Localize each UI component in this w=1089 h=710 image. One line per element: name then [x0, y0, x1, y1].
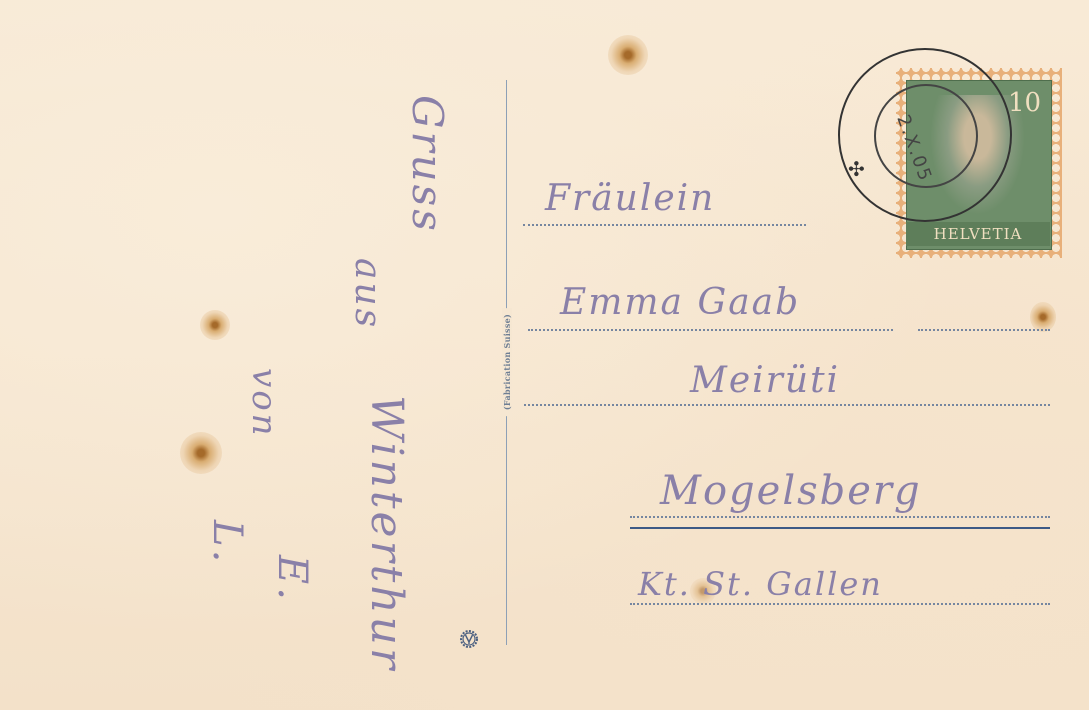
stamp-country: HELVETIA [906, 222, 1050, 246]
address-town: Mogelsberg [660, 468, 922, 514]
message-line-von: von [244, 368, 284, 439]
address-recipient-name: Emma Gaab [560, 282, 800, 323]
address-locality: Meirüti [690, 360, 840, 401]
address-rule-1 [523, 224, 806, 226]
message-line-aus: aus [347, 258, 388, 330]
message-line-gruss: Gruss [403, 95, 452, 234]
message-line-initial-e: E. [269, 555, 315, 603]
stain-spot [200, 310, 230, 340]
postcard-back: Gruss aus Winterthur von E. L. (Fabricat… [0, 0, 1089, 710]
stain-spot [180, 432, 222, 474]
message-line-winterthur: Winterthur [361, 395, 412, 672]
address-rule-3 [524, 404, 1050, 406]
stain-spot [1030, 302, 1056, 332]
publisher-gear-logo-icon [459, 629, 479, 649]
stamp-value: 10 [1008, 88, 1041, 118]
address-canton: Kt. St. Gallen [638, 565, 883, 603]
address-rule-2b [918, 329, 1050, 331]
swiss-cross-icon: ✣ [848, 157, 865, 181]
address-rule-5 [630, 603, 1050, 605]
address-rule-4 [630, 516, 1050, 518]
address-salutation: Fräulein [545, 178, 715, 219]
stain-spot [608, 35, 648, 75]
message-line-initial-l: L. [204, 520, 250, 565]
address-rule-2a [528, 329, 893, 331]
divider-caption: (Fabrication Suisse) [502, 308, 512, 416]
address-rule-destination [630, 527, 1050, 529]
